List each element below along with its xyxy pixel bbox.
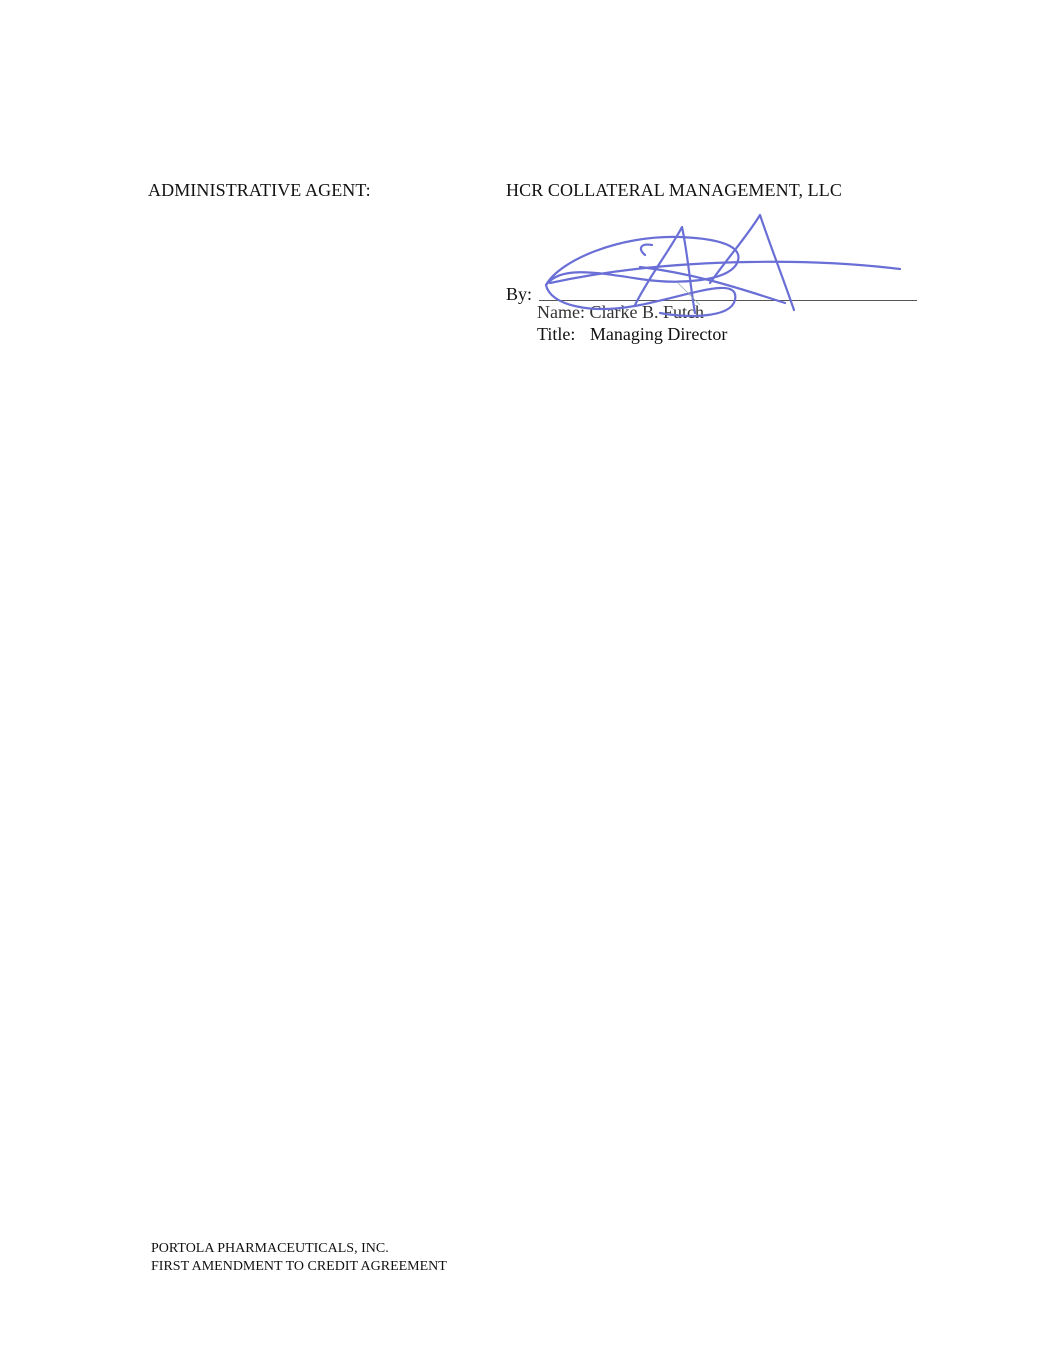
entity-name: HCR COLLATERAL MANAGEMENT, LLC [506, 180, 842, 201]
administrative-agent-label: ADMINISTRATIVE AGENT: [148, 180, 371, 201]
title-value: Managing Director [590, 324, 727, 344]
title-label: Title: [537, 324, 575, 344]
handwritten-signature-icon [530, 205, 930, 325]
footer-company: PORTOLA PHARMACEUTICALS, INC. [151, 1240, 447, 1258]
document-footer: PORTOLA PHARMACEUTICALS, INC. FIRST AMEN… [151, 1240, 447, 1276]
footer-document-title: FIRST AMENDMENT TO CREDIT AGREEMENT [151, 1258, 447, 1276]
signatory-title: Title: Managing Director [537, 324, 727, 345]
by-label: By: [506, 284, 532, 305]
